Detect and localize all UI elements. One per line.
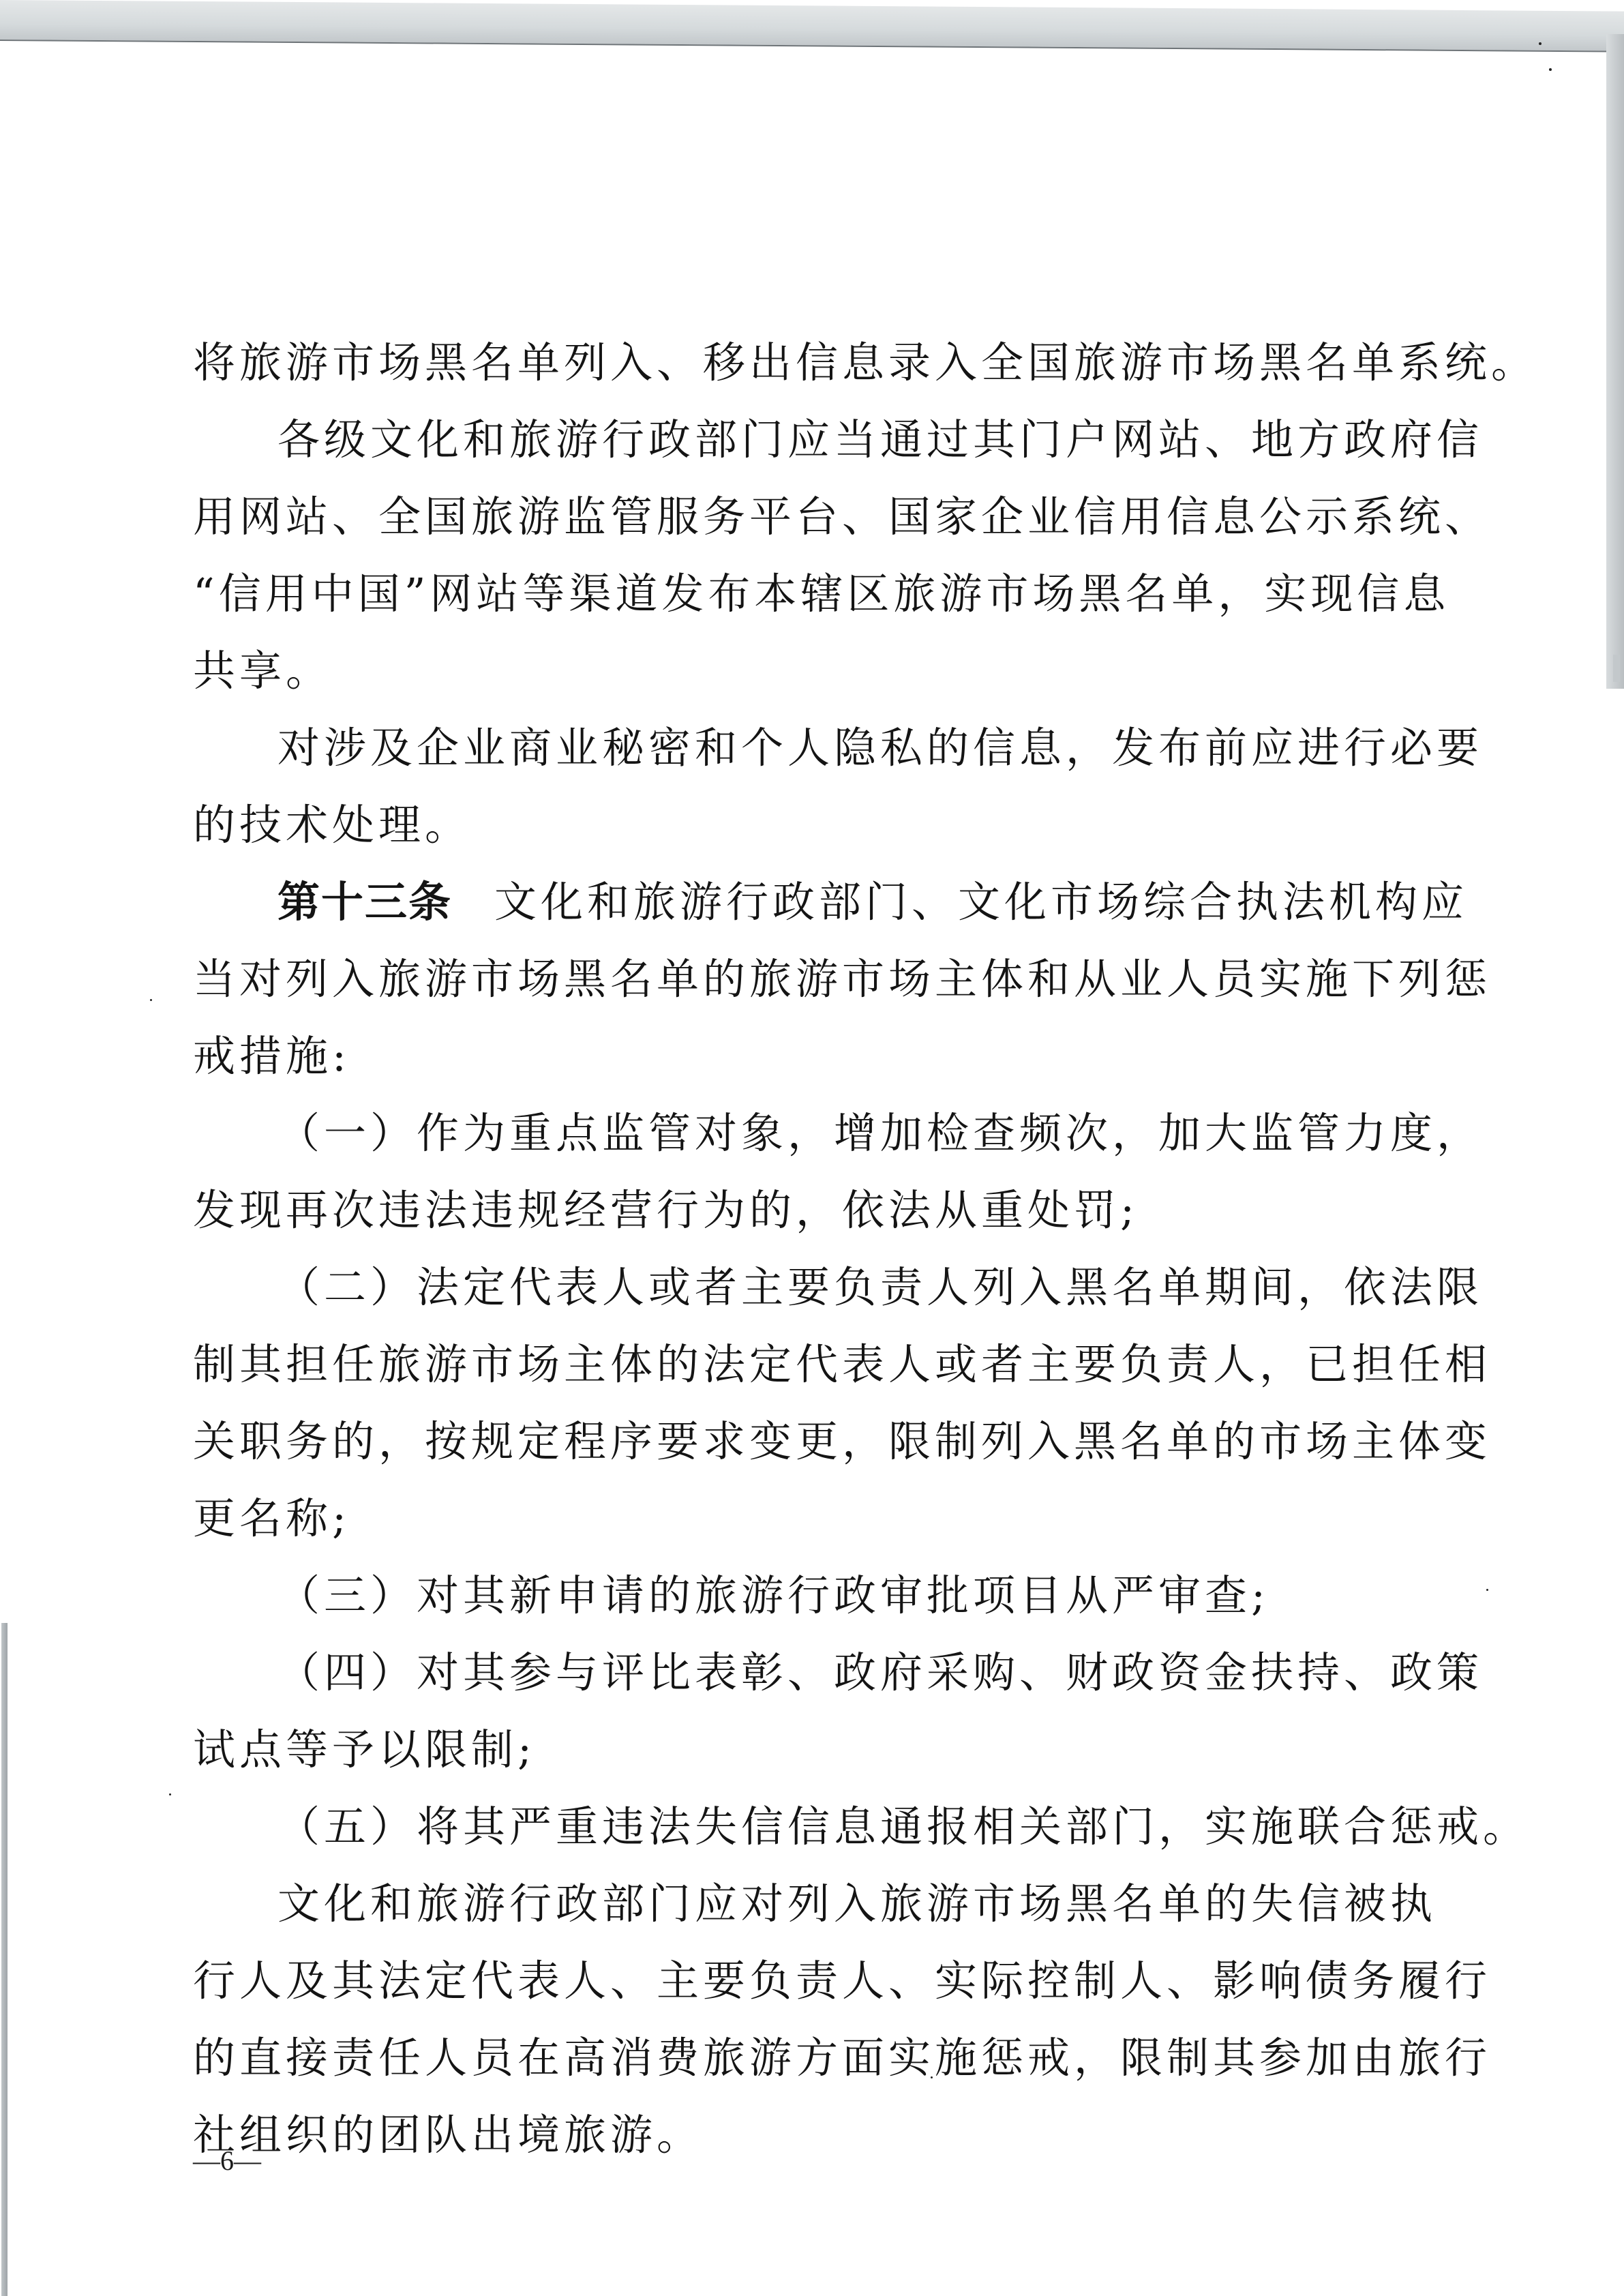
text-line: 关职务的，按规定程序要求变更，限制列入黑名单的市场主体变 (193, 1403, 1401, 1480)
scan-speck (169, 1793, 171, 1795)
text-line: （三）对其新申请的旅游行政审批项目从严审查; (193, 1557, 1401, 1634)
text-line: 发现再次违法违规经营行为的，依法从重处罚; (193, 1172, 1401, 1249)
list-item-2: （二）法定代表人或者主要负责人列入黑名单期间，依法限 制其担任旅游市场主体的法定… (193, 1249, 1401, 1557)
scan-right-border (1606, 34, 1624, 689)
text-line: 制其担任旅游市场主体的法定代表人或者主要负责人，已担任相 (193, 1326, 1401, 1403)
scan-top-border (0, 0, 1624, 53)
paragraph-publish-channels: 各级文化和旅游行政部门应当通过其门户网站、地方政府信 用网站、全国旅游监管服务平… (193, 401, 1401, 709)
text-line: 当对列入旅游市场黑名单的旅游市场主体和从业人员实施下列惩 (193, 940, 1401, 1017)
paragraph-high-consumption: 文化和旅游行政部门应对列入旅游市场黑名单的失信被执 行人及其法定代表人、主要负责… (193, 1865, 1401, 2173)
scan-speck (150, 999, 152, 1001)
article-text: 文化和旅游行政部门、文化市场综合执法机构应 (494, 877, 1468, 927)
list-item-3: （三）对其新申请的旅游行政审批项目从严审查; (193, 1557, 1401, 1634)
paragraph-continued: 将旅游市场黑名单列入、移出信息录入全国旅游市场黑名单系统。 (193, 324, 1401, 401)
scan-left-border (1, 1623, 7, 2296)
text-line: 共享。 (193, 632, 1401, 709)
text-line: 戒措施: (193, 1017, 1401, 1094)
text-line: 更名称; (193, 1480, 1401, 1557)
text-line: 将旅游市场黑名单列入、移出信息录入全国旅游市场黑名单系统。 (193, 324, 1401, 401)
paragraph-privacy: 对涉及企业商业秘密和个人隐私的信息，发布前应进行必要 的技术处理。 (193, 709, 1401, 863)
scan-speck (1549, 68, 1552, 71)
text-line: （五）将其严重违法失信信息通报相关部门，实施联合惩戒。 (193, 1788, 1401, 1865)
scan-right-border-fragment (1613, 655, 1620, 682)
paragraph-article-13: 第十三条文化和旅游行政部门、文化市场综合执法机构应 当对列入旅游市场黑名单的旅游… (193, 863, 1401, 1094)
text-line: 各级文化和旅游行政部门应当通过其门户网站、地方政府信 (193, 401, 1401, 478)
page-number: —6— (193, 2145, 261, 2177)
text-line: （二）法定代表人或者主要负责人列入黑名单期间，依法限 (193, 1249, 1401, 1326)
text-line: （四）对其参与评比表彰、政府采购、财政资金扶持、政策 (193, 1634, 1401, 1711)
document-body: 将旅游市场黑名单列入、移出信息录入全国旅游市场黑名单系统。 各级文化和旅游行政部… (193, 324, 1401, 2173)
text-line: 文化和旅游行政部门应对列入旅游市场黑名单的失信被执 (193, 1865, 1401, 1942)
scan-speck (1486, 1589, 1488, 1591)
text-line: 用网站、全国旅游监管服务平台、国家企业信用信息公示系统、 (193, 478, 1401, 555)
text-line: 第十三条文化和旅游行政部门、文化市场综合执法机构应 (193, 863, 1401, 940)
text-line: 的技术处理。 (193, 786, 1401, 863)
text-line: 社组织的团队出境旅游。 (193, 2096, 1401, 2173)
article-label: 第十三条 (277, 877, 452, 927)
text-line: “信用中国”网站等渠道发布本辖区旅游市场黑名单，实现信息 (193, 555, 1401, 632)
list-item-1: （一）作为重点监管对象，增加检查频次，加大监管力度， 发现再次违法违规经营行为的… (193, 1094, 1401, 1249)
list-item-5: （五）将其严重违法失信信息通报相关部门，实施联合惩戒。 (193, 1788, 1401, 1865)
text-line: 对涉及企业商业秘密和个人隐私的信息，发布前应进行必要 (193, 709, 1401, 786)
text-line: 试点等予以限制; (193, 1711, 1401, 1788)
text-line: 的直接责任人员在高消费旅游方面实施惩戒，限制其参加由旅行 (193, 2019, 1401, 2096)
text-line: （一）作为重点监管对象，增加检查频次，加大监管力度， (193, 1094, 1401, 1172)
scan-speck (1539, 42, 1542, 45)
text-line: 行人及其法定代表人、主要负责人、实际控制人、影响债务履行 (193, 1942, 1401, 2019)
list-item-4: （四）对其参与评比表彰、政府采购、财政资金扶持、政策 试点等予以限制; (193, 1634, 1401, 1788)
